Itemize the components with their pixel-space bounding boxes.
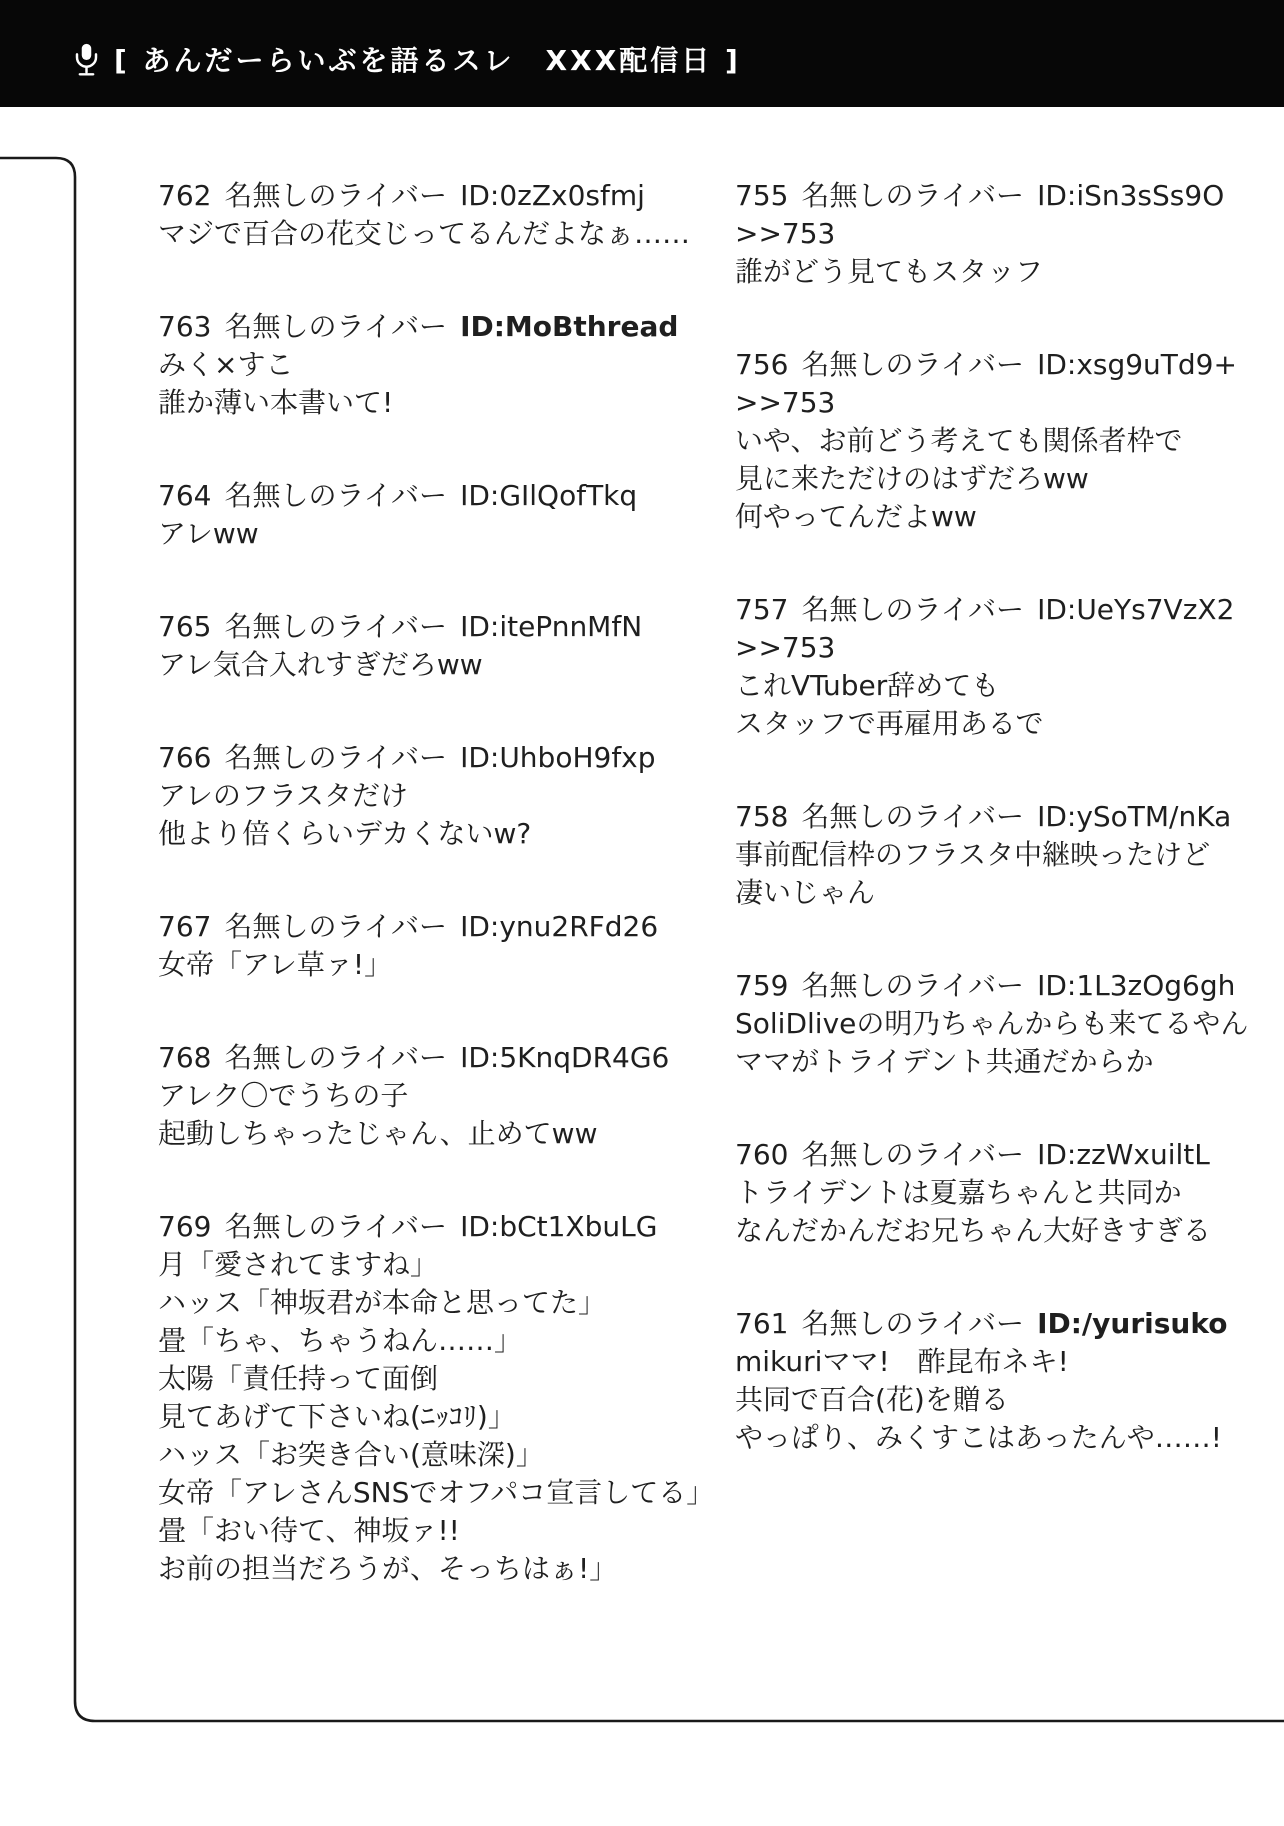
post-header: 758名無しのライバーID:ySoTM/nKa [735,798,1205,836]
post-text-line: 他より倍くらいデカくないw? [158,815,638,853]
post-author: 名無しのライバー [801,591,1024,629]
post-755: 755名無しのライバーID:iSn3sSs9O>>753誰がどう見てもスタッフ [735,177,1205,291]
post-header: 757名無しのライバーID:UeYs7VzX2 [735,591,1205,629]
post-text-line: 誰がどう見てもスタッフ [735,253,1205,291]
thread-title: [ あんだーらいぶを語るスレ XXX配信日 ] [114,47,741,75]
post-text-line: アレク〇でうちの子 [158,1077,638,1115]
post-id: ID:ySoTM/nKa [1037,798,1231,836]
post-id: ID:ynu2RFd26 [460,908,658,946]
post-number: 769 [158,1208,211,1246]
post-text-line: お前の担当だろうが、そっちはぁ!」 [158,1550,638,1588]
post-text-line: mikuriママ! 酢昆布ネキ! [735,1343,1205,1381]
post-author: 名無しのライバー [224,477,447,515]
post-header: 763名無しのライバーID:MoBthread [158,308,638,346]
post-number: 765 [158,608,211,646]
post-text-line: 何やってんだよww [735,498,1205,536]
post-author: 名無しのライバー [224,1208,447,1246]
post-header: 764名無しのライバーID:GIlQofTkq [158,477,638,515]
post-text-line: SoliDliveの明乃ちゃんからも来てるやん [735,1005,1205,1043]
post-id: ID:bCt1XbuLG [460,1208,657,1246]
post-number: 759 [735,967,788,1005]
post-text-line: 女帝「アレ草ァ!」 [158,946,638,984]
post-number: 756 [735,346,788,384]
post-author: 名無しのライバー [224,908,447,946]
thread-title-row: [ あんだーらいぶを語るスレ XXX配信日 ] [0,7,1284,114]
post-header: 756名無しのライバーID:xsg9uTd9+ [735,346,1205,384]
anchor-reference: >>753 [735,215,1205,253]
post-764: 764名無しのライバーID:GIlQofTkqアレww [158,477,638,553]
post-id: ID:UeYs7VzX2 [1037,591,1234,629]
post-number: 764 [158,477,211,515]
post-author: 名無しのライバー [224,308,447,346]
post-765: 765名無しのライバーID:itePnnMfNアレ気合入れすぎだろww [158,608,638,684]
post-text-line: 起動しちゃったじゃん、止めてww [158,1115,638,1153]
post-id: ID:1L3zOg6gh [1037,967,1235,1005]
post-text-line: 畳「おい待て、神坂ァ!! [158,1512,638,1550]
post-769: 769名無しのライバーID:bCt1XbuLG月「愛されてますね」ハッス「神坂君… [158,1208,638,1588]
post-text-line: トライデントは夏嘉ちゃんと共同か [735,1174,1205,1212]
post-text-line: マジで百合の花交じってるんだよなぁ…… [158,215,638,253]
post-id: ID:UhboH9fxp [460,739,655,777]
post-id: ID:itePnnMfN [460,608,642,646]
post-text-line: 見に来ただけのはずだろww [735,460,1205,498]
post-762: 762名無しのライバーID:0zZx0sfmjマジで百合の花交じってるんだよなぁ… [158,177,638,253]
post-761: 761名無しのライバーID:/yurisukomikuriママ! 酢昆布ネキ!共… [735,1305,1205,1457]
post-number: 763 [158,308,211,346]
post-text-line: 太陽「責任持って面倒 [158,1360,638,1398]
post-author: 名無しのライバー [801,177,1024,215]
post-767: 767名無しのライバーID:ynu2RFd26女帝「アレ草ァ!」 [158,908,638,984]
post-id: ID:5KnqDR4G6 [460,1039,669,1077]
post-text-line: アレww [158,515,638,553]
post-author: 名無しのライバー [801,798,1024,836]
post-id: ID:zzWxuiltL [1037,1136,1210,1174]
post-author: 名無しのライバー [801,1305,1024,1343]
post-text-line: いや、お前どう考えても関係者枠で [735,422,1205,460]
post-text-line: ママがトライデント共通だからか [735,1043,1205,1081]
post-text-line: アレ気合入れすぎだろww [158,646,638,684]
post-id: ID:GIlQofTkq [460,477,637,515]
post-text-line: 女帝「アレさんSNSでオフパコ宣言してる」 [158,1474,638,1512]
post-number: 755 [735,177,788,215]
post-header: 761名無しのライバーID:/yurisuko [735,1305,1205,1343]
post-763: 763名無しのライバーID:MoBthreadみく×すこ誰か薄い本書いて! [158,308,638,422]
post-header: 769名無しのライバーID:bCt1XbuLG [158,1208,638,1246]
post-author: 名無しのライバー [801,346,1024,384]
post-text-line: みく×すこ [158,346,638,384]
post-header: 759名無しのライバーID:1L3zOg6gh [735,967,1205,1005]
post-id: ID:MoBthread [460,308,678,346]
anchor-reference: >>753 [735,384,1205,422]
post-759: 759名無しのライバーID:1L3zOg6ghSoliDliveの明乃ちゃんから… [735,967,1205,1081]
post-768: 768名無しのライバーID:5KnqDR4G6アレク〇でうちの子起動しちゃったじ… [158,1039,638,1153]
post-number: 762 [158,177,211,215]
post-number: 758 [735,798,788,836]
post-text-line: スタッフで再雇用あるで [735,705,1205,743]
post-header: 760名無しのライバーID:zzWxuiltL [735,1136,1205,1174]
post-text-line: 凄いじゃん [735,874,1205,912]
post-author: 名無しのライバー [224,608,447,646]
post-author: 名無しのライバー [224,177,447,215]
post-760: 760名無しのライバーID:zzWxuiltLトライデントは夏嘉ちゃんと共同かな… [735,1136,1205,1250]
post-text-line: 畳「ちゃ、ちゃうねん……」 [158,1322,638,1360]
thread-column-right: 755名無しのライバーID:iSn3sSs9O>>753誰がどう見てもスタッフ7… [735,177,1205,1457]
anchor-reference: >>753 [735,629,1205,667]
post-number: 768 [158,1039,211,1077]
post-number: 761 [735,1305,788,1343]
post-header: 755名無しのライバーID:iSn3sSs9O [735,177,1205,215]
post-header: 767名無しのライバーID:ynu2RFd26 [158,908,638,946]
post-author: 名無しのライバー [224,1039,447,1077]
post-text-line: ハッス「お突き合い(意味深)」 [158,1436,638,1474]
manga-thread-page: [ あんだーらいぶを語るスレ XXX配信日 ] 762名無しのライバーID:0z… [0,0,1284,1826]
post-header: 766名無しのライバーID:UhboH9fxp [158,739,638,777]
post-id: ID:0zZx0sfmj [460,177,645,215]
post-text-line: ハッス「神坂君が本命と思ってた」 [158,1284,638,1322]
post-author: 名無しのライバー [801,1136,1024,1174]
post-text-line: アレのフラスタだけ [158,777,638,815]
thread-title-bar: [ あんだーらいぶを語るスレ XXX配信日 ] [0,0,1284,107]
post-text-line: これVTuber辞めても [735,667,1205,705]
post-id: ID:/yurisuko [1037,1305,1227,1343]
post-author: 名無しのライバー [224,739,447,777]
post-text-line: やっぱり、みくすこはあったんや……! [735,1419,1205,1457]
post-id: ID:iSn3sSs9O [1037,177,1224,215]
post-text-line: なんだかんだお兄ちゃん大好きすぎる [735,1212,1205,1250]
thread-column-left: 762名無しのライバーID:0zZx0sfmjマジで百合の花交じってるんだよなぁ… [158,177,638,1588]
post-number: 757 [735,591,788,629]
post-header: 768名無しのライバーID:5KnqDR4G6 [158,1039,638,1077]
post-author: 名無しのライバー [801,967,1024,1005]
post-text-line: 事前配信枠のフラスタ中継映ったけど [735,836,1205,874]
post-text-line: 月「愛されてますね」 [158,1246,638,1284]
post-id: ID:xsg9uTd9+ [1037,346,1237,384]
post-number: 767 [158,908,211,946]
microphone-icon [73,42,100,80]
post-header: 762名無しのライバーID:0zZx0sfmj [158,177,638,215]
post-756: 756名無しのライバーID:xsg9uTd9+>>753いや、お前どう考えても関… [735,346,1205,536]
post-758: 758名無しのライバーID:ySoTM/nKa事前配信枠のフラスタ中継映ったけど… [735,798,1205,912]
post-number: 760 [735,1136,788,1174]
post-text-line: 見てあげて下さいね(ﾆｯｺﾘ)」 [158,1398,638,1436]
post-text-line: 誰か薄い本書いて! [158,384,638,422]
post-766: 766名無しのライバーID:UhboH9fxpアレのフラスタだけ他より倍くらいデ… [158,739,638,853]
post-number: 766 [158,739,211,777]
post-header: 765名無しのライバーID:itePnnMfN [158,608,638,646]
post-757: 757名無しのライバーID:UeYs7VzX2>>753これVTuber辞めても… [735,591,1205,743]
post-text-line: 共同で百合(花)を贈る [735,1381,1205,1419]
